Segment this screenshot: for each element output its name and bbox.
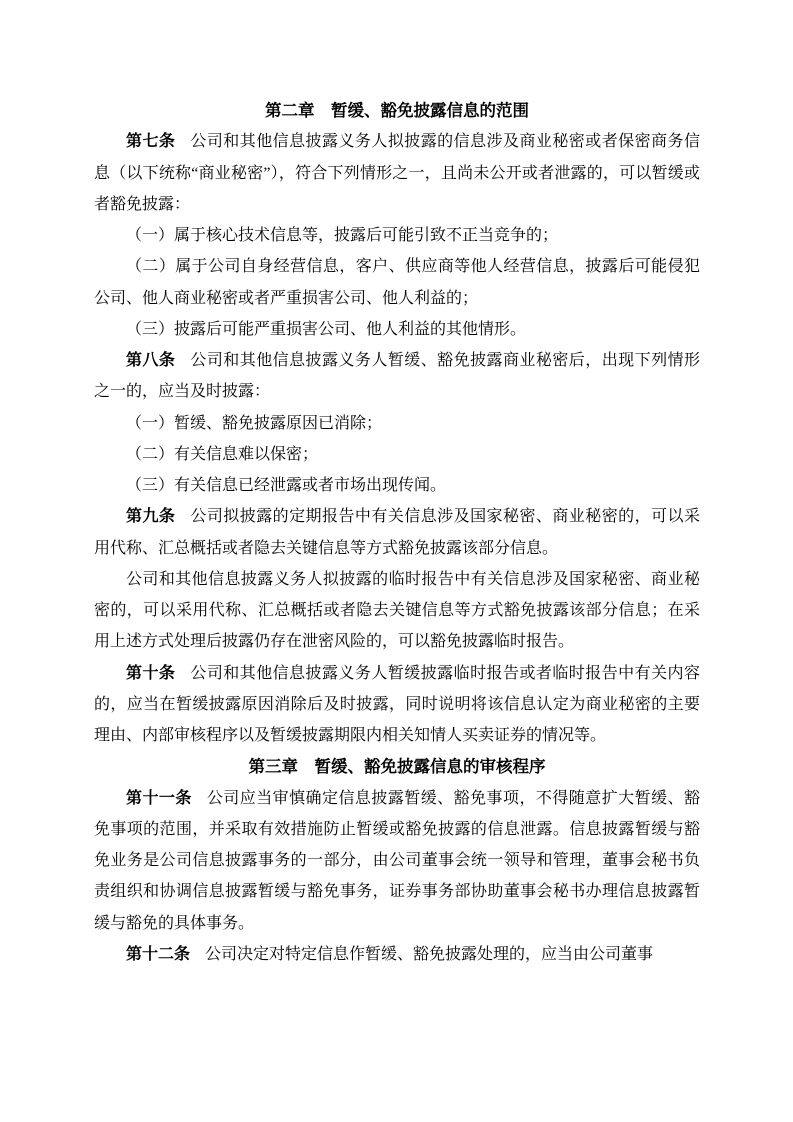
document-page: 第二章 暂缓、豁免披露信息的范围 第七条公司和其他信息披露义务人拟披露的信息涉及… xyxy=(0,0,793,1122)
article-10-paragraph: 第十条公司和其他信息披露义务人暂缓披露临时报告或者临时报告中有关内容的，应当在暂… xyxy=(94,658,700,752)
article-8-text: 公司和其他信息披露义务人暂缓、豁免披露商业秘密后，出现下列情形之一的，应当及时披… xyxy=(94,352,700,400)
article-12-paragraph: 第十二条公司决定对特定信息作暂缓、豁免披露处理的，应当由公司董事 xyxy=(94,939,700,970)
article-12-label: 第十二条 xyxy=(126,946,190,963)
chapter-3-heading: 第三章 暂缓、豁免披露信息的审核程序 xyxy=(94,751,700,782)
chapter-2-heading: 第二章 暂缓、豁免披露信息的范围 xyxy=(94,95,700,126)
article-7-paragraph: 第七条公司和其他信息披露义务人拟披露的信息涉及商业秘密或者保密商务信息（以下统称… xyxy=(94,126,700,220)
article-9-text: 公司拟披露的定期报告中有关信息涉及国家秘密、商业秘密的，可以采用代称、汇总概括或… xyxy=(94,508,700,556)
article-11-text: 公司应当审慎确定信息披露暂缓、豁免事项，不得随意扩大暂缓、豁免事项的范围，并采取… xyxy=(94,790,700,932)
article-8-label: 第八条 xyxy=(126,352,175,369)
article-7-label: 第七条 xyxy=(126,133,175,150)
article-12-text: 公司决定对特定信息作暂缓、豁免披露处理的，应当由公司董事 xyxy=(205,946,653,963)
article-9-paragraph-2: 公司和其他信息披露义务人拟披露的临时报告中有关信息涉及国家秘密、商业秘密的，可以… xyxy=(94,564,700,658)
article-8-paragraph: 第八条公司和其他信息披露义务人暂缓、豁免披露商业秘密后，出现下列情形之一的，应当… xyxy=(94,345,700,408)
article-8-item-3: （三）有关信息已经泄露或者市场出现传闻。 xyxy=(94,470,700,501)
article-7-text: 公司和其他信息披露义务人拟披露的信息涉及商业秘密或者保密商务信息（以下统称“商业… xyxy=(94,133,700,213)
article-7-item-2: （二）属于公司自身经营信息，客户、供应商等他人经营信息，披露后可能侵犯公司、他人… xyxy=(94,251,700,314)
article-8-item-1: （一）暂缓、豁免披露原因已消除； xyxy=(94,408,700,439)
article-7-item-1: （一）属于核心技术信息等，披露后可能引致不正当竞争的； xyxy=(94,220,700,251)
article-9-label: 第九条 xyxy=(126,508,175,525)
article-11-label: 第十一条 xyxy=(126,790,192,807)
article-9-paragraph: 第九条公司拟披露的定期报告中有关信息涉及国家秘密、商业秘密的，可以采用代称、汇总… xyxy=(94,501,700,564)
article-11-paragraph: 第十一条公司应当审慎确定信息披露暂缓、豁免事项，不得随意扩大暂缓、豁免事项的范围… xyxy=(94,783,700,939)
article-10-label: 第十条 xyxy=(126,665,175,682)
article-10-text: 公司和其他信息披露义务人暂缓披露临时报告或者临时报告中有关内容的，应当在暂缓披露… xyxy=(94,665,700,745)
article-7-item-3: （三）披露后可能严重损害公司、他人利益的其他情形。 xyxy=(94,314,700,345)
document-content: 第二章 暂缓、豁免披露信息的范围 第七条公司和其他信息披露义务人拟披露的信息涉及… xyxy=(94,95,700,970)
article-8-item-2: （二）有关信息难以保密； xyxy=(94,439,700,470)
